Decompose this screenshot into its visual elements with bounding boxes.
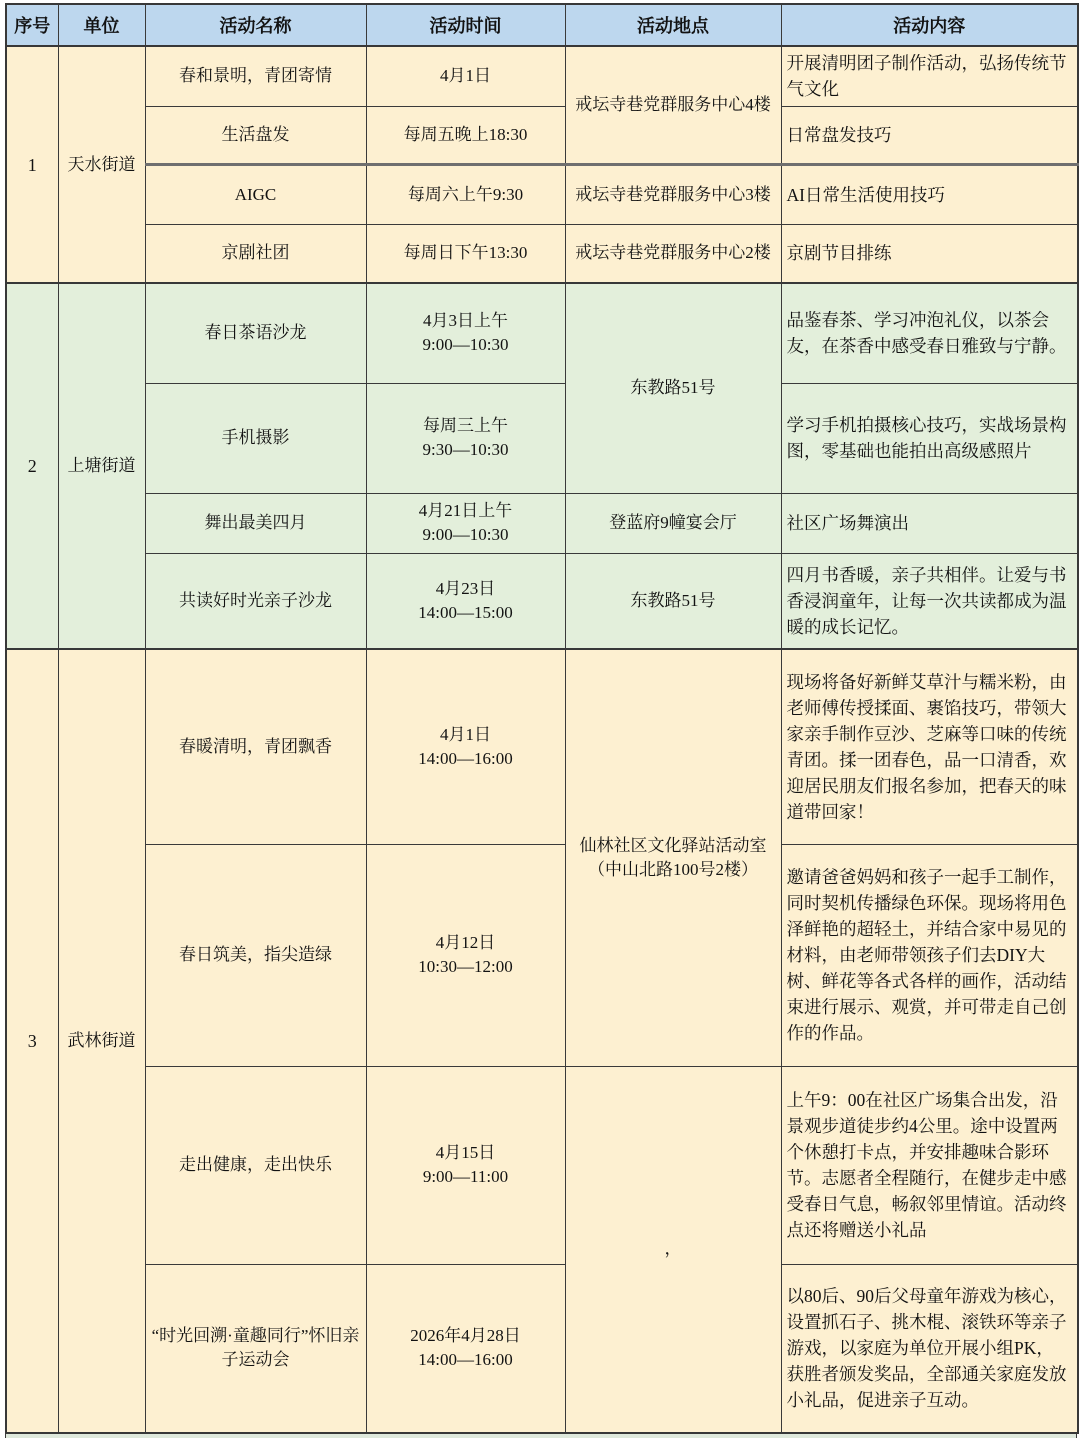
unit-cell: 上塘街道 (58, 283, 145, 649)
time-line-1: 每周五晚上18:30 (370, 123, 562, 147)
activity-time-cell: 每周五晚上18:30 (366, 106, 565, 164)
activity-content-cell: AI日常生活使用技巧 (781, 164, 1078, 224)
activity-content-cell: 日常盘发技巧 (781, 106, 1078, 164)
header-row: 序号 单位 活动名称 活动时间 活动地点 活动内容 (6, 4, 1078, 46)
activity-name-cell: 生活盘发 (145, 106, 366, 164)
activity-name-cell: 走出健康，走出快乐 (145, 1066, 366, 1264)
activity-location-cell: 戒坛寺巷党群服务中心3楼 (565, 164, 781, 224)
activity-time-cell: 2026年4月28日 14:00—16:00 (366, 1264, 565, 1433)
activity-name-cell: 春日茶语沙龙 (145, 283, 366, 383)
activity-content-cell: 社区广场舞演出 (781, 493, 1078, 553)
time-line-1: 4月3日上午 (370, 309, 562, 333)
location-line-1: 东教路51号 (569, 589, 778, 613)
activity-location-cell: 登蓝府9幢宴会厅 (565, 493, 781, 553)
time-line-1: 每周日下午13:30 (370, 241, 562, 265)
location-line-1: ， (569, 1237, 778, 1261)
activity-location-cell: 仙林社区文化驿站活动室 （中山北路100号2楼） (565, 649, 781, 1066)
activity-content-cell: 上午9：00在社区广场集合出发，沿景观步道徒步约4公里。途中设置两个休憩打卡点，… (781, 1066, 1078, 1264)
time-line-1: 4月1日 (370, 64, 562, 88)
col-header-activity-location: 活动地点 (565, 4, 781, 46)
col-header-index: 序号 (6, 4, 58, 46)
activity-name-cell: 春日筑美，指尖造绿 (145, 844, 366, 1066)
unit-cell: 天水街道 (58, 46, 145, 283)
activity-location-cell: 东教路51号 (565, 553, 781, 649)
activity-content-cell: 邀请爸爸妈妈和孩子一起手工制作，同时契机传播绿色环保。现场将用色泽鲜艳的超轻土，… (781, 844, 1078, 1066)
activity-time-cell: 4月1日 14:00—16:00 (366, 649, 565, 844)
time-line-2: 10:30—12:00 (370, 955, 562, 979)
activity-time-cell: 4月21日上午 9:00—10:30 (366, 493, 565, 553)
activity-location-cell: 戒坛寺巷党群服务中心2楼 (565, 224, 781, 283)
schedule-sheet: 序号 单位 活动名称 活动时间 活动地点 活动内容 1 天水街道 春和景明，青团… (0, 0, 1080, 1438)
activity-row: AIGC 每周六上午9:30 戒坛寺巷党群服务中心3楼 AI日常生活使用技巧 (6, 164, 1078, 224)
index-cell: 2 (6, 283, 58, 649)
activity-time-cell: 4月23日 14:00—15:00 (366, 553, 565, 649)
activity-name-cell: 手机摄影 (145, 383, 366, 493)
activity-time-cell: 每周三上午 9:30—10:30 (366, 383, 565, 493)
next-row-edge (5, 1434, 1077, 1438)
time-line-1: 4月23日 (370, 577, 562, 601)
activity-name-cell: “时光回溯·童趣同行”怀旧亲子运动会 (145, 1264, 366, 1433)
time-line-2: 9:00—10:30 (370, 333, 562, 357)
activity-row: 京剧社团 每周日下午13:30 戒坛寺巷党群服务中心2楼 京剧节目排练 (6, 224, 1078, 283)
time-line-1: 2026年4月28日 (370, 1324, 562, 1348)
time-line-1: 4月12日 (370, 931, 562, 955)
activity-row: 生活盘发 每周五晚上18:30 日常盘发技巧 (6, 106, 1078, 164)
activity-location-cell: 戒坛寺巷党群服务中心4楼 (565, 46, 781, 164)
activity-time-cell: 4月3日上午 9:00—10:30 (366, 283, 565, 383)
col-header-activity-time: 活动时间 (366, 4, 565, 46)
time-line-1: 4月1日 (370, 723, 562, 747)
activity-row: 共读好时光亲子沙龙 4月23日 14:00—15:00 东教路51号 四月书香暖… (6, 553, 1078, 649)
index-cell: 3 (6, 649, 58, 1433)
activity-name-cell: 京剧社团 (145, 224, 366, 283)
activity-name-cell: 春暖清明，青团飘香 (145, 649, 366, 844)
location-line-1: 仙林社区文化驿站活动室 (569, 834, 778, 858)
location-line-2: （中山北路100号2楼） (569, 858, 778, 882)
location-line-1: 东教路51号 (569, 376, 778, 400)
activity-row: 手机摄影 每周三上午 9:30—10:30 学习手机拍摄核心技巧，实战场景构图，… (6, 383, 1078, 493)
time-line-2: 14:00—16:00 (370, 1348, 562, 1372)
unit-cell: 武林街道 (58, 649, 145, 1433)
activity-content-cell: 以80后、90后父母童年游戏为核心，设置抓石子、挑木棍、滚铁环等亲子游戏，以家庭… (781, 1264, 1078, 1433)
time-line-2: 9:00—10:30 (370, 523, 562, 547)
col-header-unit: 单位 (58, 4, 145, 46)
col-header-activity-name: 活动名称 (145, 4, 366, 46)
activity-name-cell: AIGC (145, 164, 366, 224)
activity-row: 3 武林街道 春暖清明，青团飘香 4月1日 14:00—16:00 仙林社区文化… (6, 649, 1078, 844)
time-line-1: 4月21日上午 (370, 499, 562, 523)
time-line-1: 每周三上午 (370, 414, 562, 438)
activity-content-cell: 四月书香暖，亲子共相伴。让爱与书香浸润童年，让每一次共读都成为温暖的成长记忆。 (781, 553, 1078, 649)
activity-row: “时光回溯·童趣同行”怀旧亲子运动会 2026年4月28日 14:00—16:0… (6, 1264, 1078, 1433)
activity-content-cell: 开展清明团子制作活动，弘扬传统节气文化 (781, 46, 1078, 106)
location-line-1: 登蓝府9幢宴会厅 (569, 511, 778, 535)
activity-location-cell: 东教路51号 (565, 283, 781, 493)
col-header-activity-content: 活动内容 (781, 4, 1078, 46)
activity-location-cell: ， (565, 1066, 781, 1433)
activity-content-cell: 京剧节目排练 (781, 224, 1078, 283)
index-cell: 1 (6, 46, 58, 283)
activity-content-cell: 品鉴春茶、学习冲泡礼仪，以茶会友，在茶香中感受春日雅致与宁静。 (781, 283, 1078, 383)
activity-time-cell: 4月1日 (366, 46, 565, 106)
activity-time-cell: 4月15日 9:00—11:00 (366, 1066, 565, 1264)
time-line-2: 14:00—15:00 (370, 601, 562, 625)
activity-row: 春日筑美，指尖造绿 4月12日 10:30—12:00 邀请爸爸妈妈和孩子一起手… (6, 844, 1078, 1066)
location-line-1: 戒坛寺巷党群服务中心4楼 (569, 93, 778, 117)
activity-row: 2 上塘街道 春日茶语沙龙 4月3日上午 9:00—10:30 东教路51号 品… (6, 283, 1078, 383)
activity-content-cell: 学习手机拍摄核心技巧，实战场景构图，零基础也能拍出高级感照片 (781, 383, 1078, 493)
activity-row: 舞出最美四月 4月21日上午 9:00—10:30 登蓝府9幢宴会厅 社区广场舞… (6, 493, 1078, 553)
activity-time-cell: 每周日下午13:30 (366, 224, 565, 283)
time-line-1: 每周六上午9:30 (370, 183, 562, 207)
activity-content-cell: 现场将备好新鲜艾草汁与糯米粉，由老师傅传授揉面、裹馅技巧，带领大家亲手制作豆沙、… (781, 649, 1078, 844)
time-line-2: 9:00—11:00 (370, 1165, 562, 1189)
activity-schedule-table: 序号 单位 活动名称 活动时间 活动地点 活动内容 1 天水街道 春和景明，青团… (5, 3, 1079, 1434)
activity-name-cell: 共读好时光亲子沙龙 (145, 553, 366, 649)
activity-time-cell: 4月12日 10:30—12:00 (366, 844, 565, 1066)
location-line-1: 戒坛寺巷党群服务中心3楼 (569, 183, 778, 207)
activity-row: 1 天水街道 春和景明，青团寄情 4月1日 戒坛寺巷党群服务中心4楼 开展清明团… (6, 46, 1078, 106)
time-line-2: 14:00—16:00 (370, 747, 562, 771)
time-line-1: 4月15日 (370, 1141, 562, 1165)
activity-name-cell: 舞出最美四月 (145, 493, 366, 553)
location-line-1: 戒坛寺巷党群服务中心2楼 (569, 241, 778, 265)
time-line-2: 9:30—10:30 (370, 438, 562, 462)
activity-time-cell: 每周六上午9:30 (366, 164, 565, 224)
activity-row: 走出健康，走出快乐 4月15日 9:00—11:00 ， 上午9：00在社区广场… (6, 1066, 1078, 1264)
activity-name-cell: 春和景明，青团寄情 (145, 46, 366, 106)
